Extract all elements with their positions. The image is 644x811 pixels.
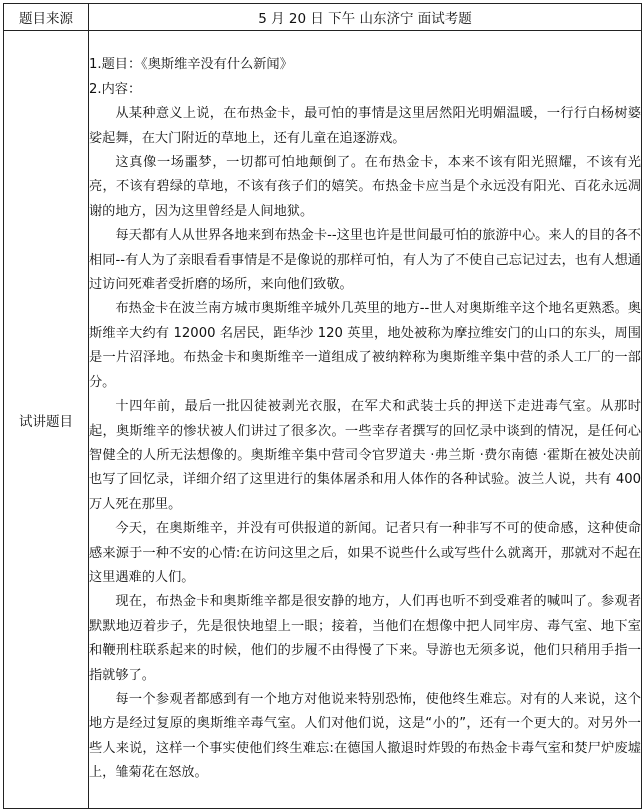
paragraph: 每天都有人从世界各地来到布热金卡--这里也许是世间最可怕的旅游中心。来人的目的各… [89, 224, 641, 297]
paragraph: 今天，在奥斯维辛，并没有可供报道的新闻。记者只有一种非写不可的使命感，这种使命感… [89, 517, 641, 590]
paragraph: 现在，布热金卡和奥斯维辛都是很安静的地方，人们再也听不到受难者的喊叫了。参观者默… [89, 590, 641, 688]
paragraph: 这真像一场噩梦，一切都可怕地颠倒了。在布热金卡，本来不该有阳光照耀，不该有光亮，… [89, 151, 641, 224]
topic-line: 1.题目：《奥斯维辛没有什么新闻》 [89, 53, 641, 77]
paragraph: 十四年前，最后一批囚徒被剥光衣服，在军犬和武装士兵的押送下走进毒气室。从那时起，… [89, 395, 641, 517]
source-title: 5 月 20 日 下午 山东济宁 面试考题 [89, 4, 642, 31]
paragraph: 每一个参观者都感到有一个地方对他说来特别恐怖，使他终生难忘。对有的人来说，这个地… [89, 688, 641, 786]
header-row: 题目来源 5 月 20 日 下午 山东济宁 面试考题 [4, 4, 642, 31]
source-label: 题目来源 [4, 4, 89, 31]
content-row: 试讲题目 1.题目：《奥斯维辛没有什么新闻》 2.内容： 从某种意义上说，在布热… [4, 31, 642, 809]
paragraph: 布热金卡在波兰南方城市奥斯维辛城外几英里的地方--世人对奥斯维辛这个地名更熟悉。… [89, 297, 641, 395]
exam-topic-table: 题目来源 5 月 20 日 下午 山东济宁 面试考题 试讲题目 1.题目：《奥斯… [3, 3, 642, 809]
section-label: 试讲题目 [4, 31, 89, 809]
content-heading: 2.内容： [89, 78, 641, 102]
paragraph: 从某种意义上说，在布热金卡，最可怕的事情是这里居然阳光明媚温暖，一行行白杨树婆娑… [89, 102, 641, 151]
section-content: 1.题目：《奥斯维辛没有什么新闻》 2.内容： 从某种意义上说，在布热金卡，最可… [89, 31, 642, 809]
